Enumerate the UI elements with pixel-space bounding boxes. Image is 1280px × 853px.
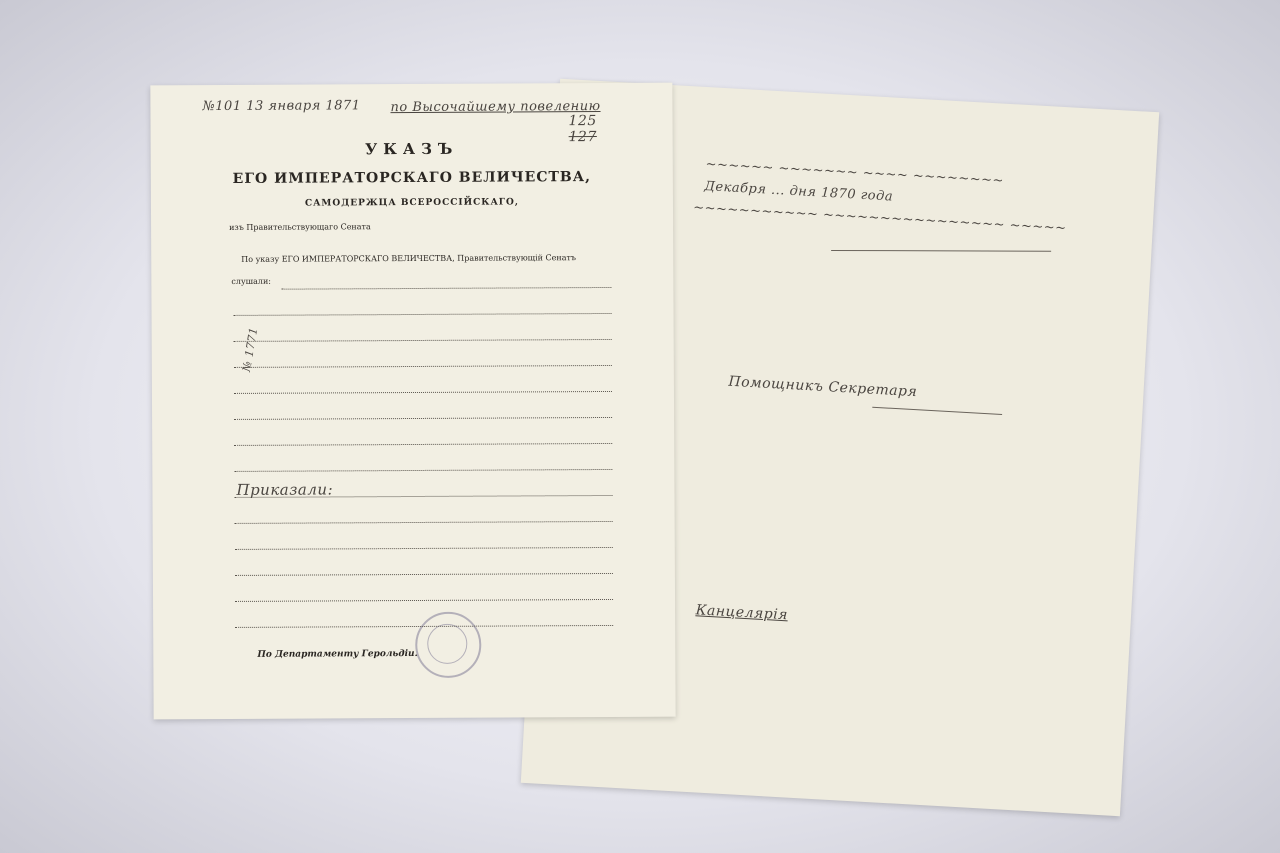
from-line: изъ Правительствующаго Сената [229, 222, 371, 232]
handwritten-line [234, 391, 612, 394]
corner-note: №101 13 января 1871 [202, 98, 360, 114]
signature-label: Помощникъ Секретаря [728, 374, 918, 401]
bottom-note: Канцелярія [695, 602, 788, 623]
handwritten-line [234, 313, 612, 316]
signature-flourish [831, 250, 1051, 252]
handwritten-line [235, 547, 613, 550]
handwritten-note-line: ~~~~~~~~~~~ ~~~~~~~~~~~~~~~~ ~~~~~ [693, 200, 1067, 236]
handwritten-line [234, 469, 612, 472]
document-subtitle-2: САМОДЕРЖЦА ВСЕРОССІЙСКАГО, [151, 197, 673, 210]
slushali-label: слушали: [231, 277, 271, 286]
document-subtitle: ЕГО ИМПЕРАТОРСКАГО ВЕЛИЧЕСТВА, [151, 169, 673, 188]
handwritten-line [235, 599, 613, 602]
left-document-sheet: №101 13 января 1871 по Высочайшему повел… [150, 83, 675, 720]
margin-number: № 1771 [240, 326, 260, 372]
signature-line [872, 407, 1002, 415]
handwritten-line [234, 339, 612, 342]
handwritten-date: Декабря ... дня 1870 года [704, 179, 893, 205]
document-title: УКАЗЪ [151, 139, 673, 160]
handwritten-line [234, 443, 612, 446]
handwritten-line [281, 287, 611, 290]
preamble: По указу ЕГО ИМПЕРАТОРСКАГО ВЕЛИЧЕСТВА, … [241, 253, 576, 264]
handwritten-line [235, 573, 613, 576]
document-footer: По Департаменту Герольдіи. [257, 649, 417, 660]
handwritten-line [234, 417, 612, 420]
handwritten-line [234, 365, 612, 368]
handwritten-line [235, 521, 613, 524]
seal-stamp [415, 612, 481, 678]
page-number-new: 125 [568, 113, 596, 129]
